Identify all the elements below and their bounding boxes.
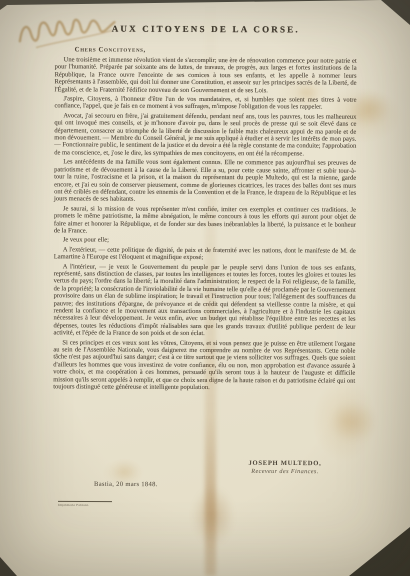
foxing-stain — [296, 84, 320, 102]
signature-name: JOSEPH MULTEDO, — [210, 460, 360, 468]
signature-role: Receveur des Finances. — [210, 468, 360, 476]
foxing-stain — [348, 92, 390, 126]
printer-imprint: Imprimerie Fabiani. — [58, 501, 112, 507]
photo-background: AUX CITOYENS DE LA CORSE. Chers Concitoy… — [0, 0, 410, 576]
signature-block: JOSEPH MULTEDO, Receveur des Finances. — [210, 460, 360, 476]
foxing-stain — [112, 462, 138, 482]
fold-stain-blob — [192, 486, 234, 546]
foxing-stain — [330, 402, 376, 442]
paper: AUX CITOYENS DE LA CORSE. Chers Concitoy… — [0, 0, 410, 576]
